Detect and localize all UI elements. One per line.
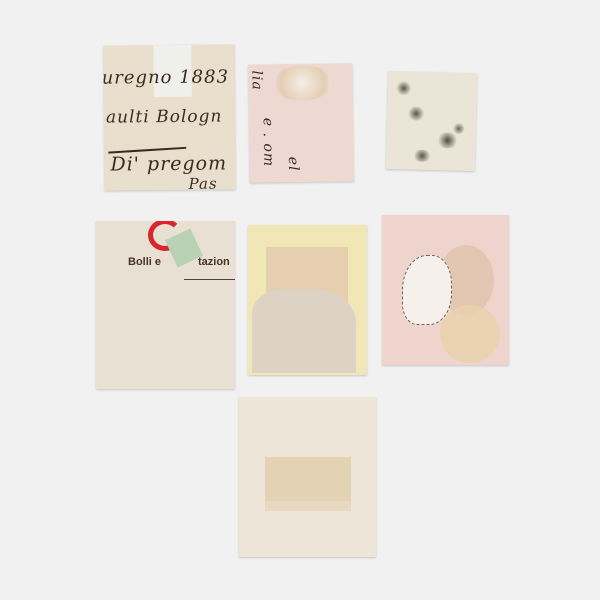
handwriting-line: e . om [260,118,277,168]
stamp-top-right [386,71,478,171]
stamp-middle-left: Bolli e tazion [96,221,235,389]
printed-text: Bolli e [128,256,161,268]
handwriting-line: Pas [189,175,218,191]
handwriting-line: lia [248,70,264,91]
handwriting-line: uregno 1883 [103,66,229,88]
speckle [407,106,425,120]
thin-spot [402,255,452,325]
stamp-middle-right [382,215,509,365]
handwriting-line: Di' pregom [110,152,227,175]
speckle [436,132,458,149]
speckle [412,150,432,163]
handwriting-line: aulti Bologn [106,107,223,128]
stamp-top-left: uregno 1883 aulti Bologn Di' pregom Pas [103,44,235,190]
stamp-middle-center [248,225,367,375]
stamp-hinge-lower [265,501,351,511]
thin-spot [276,66,328,101]
stamp-hinge [265,457,351,503]
speckle [453,123,465,135]
handwriting-line: el [285,157,301,172]
stamp-bottom-center [239,397,376,557]
printed-rule [184,279,235,280]
printed-text: tazion [198,256,230,268]
speckle [396,81,412,95]
stain [440,305,500,363]
stamp-top-middle: lia e . om el [248,63,354,182]
thin-spot [252,289,356,373]
